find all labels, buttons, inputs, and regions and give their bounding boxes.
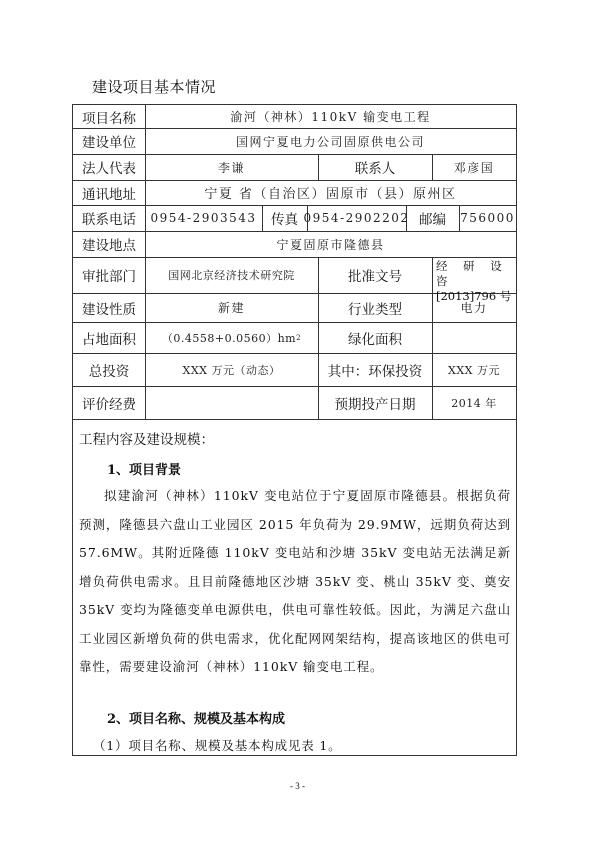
value-production-date: 2014 年 — [432, 386, 516, 419]
label-env-investment: 其中：环保投资 — [318, 353, 432, 386]
label-area: 占地面积 — [73, 322, 145, 353]
heading-project-scope: 2、项目名称、规模及基本构成 — [107, 708, 285, 727]
section-label-scope: 工程内容及建设规模： — [79, 428, 214, 448]
value-industry: 电力 — [432, 293, 516, 322]
label-green-area: 绿化面积 — [318, 322, 432, 353]
project-info-table: 项目名称 渝河（神林）110kV 输变电工程 建设单位 国网宁夏电力公司固原供电… — [72, 104, 517, 756]
label-location: 建设地点 — [73, 231, 145, 257]
label-fax: 传真 — [262, 205, 307, 231]
row-divider — [73, 419, 516, 420]
approval-doc-line1: 经 研 设 咨 — [436, 259, 512, 289]
label-nature: 建设性质 — [73, 293, 145, 322]
value-nature: 新建 — [145, 293, 318, 322]
paragraph-background: 拟建渝河（神林）110kV 变电站位于宁夏固原市隆德县。根据负荷预测，隆德县六盘… — [79, 482, 511, 682]
page-number: - 3 - — [0, 781, 595, 791]
value-approval-doc: 经 研 设 咨 [2013]796 号 — [432, 257, 516, 293]
value-env-investment: XXX 万元 — [432, 353, 516, 386]
label-approval-dept: 审批部门 — [73, 257, 145, 293]
value-approval-dept: 国网北京经济技术研究院 — [145, 257, 318, 293]
label-industry: 行业类型 — [318, 293, 432, 322]
subitem-1: （1）项目名称、规模及基本构成见表 1。 — [93, 736, 341, 754]
value-contact: 邓彦国 — [432, 154, 516, 180]
value-address: 宁夏 省（自治区）固原市（县）原州区 — [145, 180, 516, 205]
label-phone: 联系电话 — [73, 205, 145, 231]
value-postcode: 756000 — [459, 205, 516, 231]
heading-project-background: 1、项目背景 — [107, 459, 181, 478]
label-legal-rep: 法人代表 — [73, 154, 145, 180]
area-unit-superscript: 2 — [296, 334, 301, 342]
value-fax: 0954-2902202 — [307, 205, 406, 231]
value-area: （0.4558+0.0560）hm2 — [145, 322, 318, 353]
value-phone: 0954-2903543 — [145, 205, 262, 231]
label-evaluation-cost: 评价经费 — [73, 386, 145, 419]
label-construction-unit: 建设单位 — [73, 128, 145, 154]
value-location: 宁夏固原市隆德县 — [145, 231, 516, 257]
value-legal-rep: 李谦 — [145, 154, 318, 180]
label-address: 通讯地址 — [73, 180, 145, 205]
value-evaluation-cost — [145, 386, 318, 419]
value-project-name: 渝河（神林）110kV 输变电工程 — [145, 105, 516, 128]
value-green-area — [432, 322, 516, 353]
label-approval-doc: 批准文号 — [318, 257, 432, 293]
label-postcode: 邮编 — [406, 205, 459, 231]
label-contact: 联系人 — [318, 154, 432, 180]
label-project-name: 项目名称 — [73, 105, 145, 128]
paragraph-background-text: 拟建渝河（神林）110kV 变电站位于宁夏固原市隆德县。根据负荷预测，隆德县六盘… — [79, 482, 511, 682]
value-total-investment: XXX 万元（动态） — [145, 353, 318, 386]
label-total-investment: 总投资 — [73, 353, 145, 386]
value-construction-unit: 国网宁夏电力公司固原供电公司 — [145, 128, 516, 154]
area-value-text: （0.4558+0.0560）hm — [162, 330, 296, 346]
label-production-date: 预期投产日期 — [318, 386, 432, 419]
page-title: 建设项目基本情况 — [92, 76, 216, 97]
